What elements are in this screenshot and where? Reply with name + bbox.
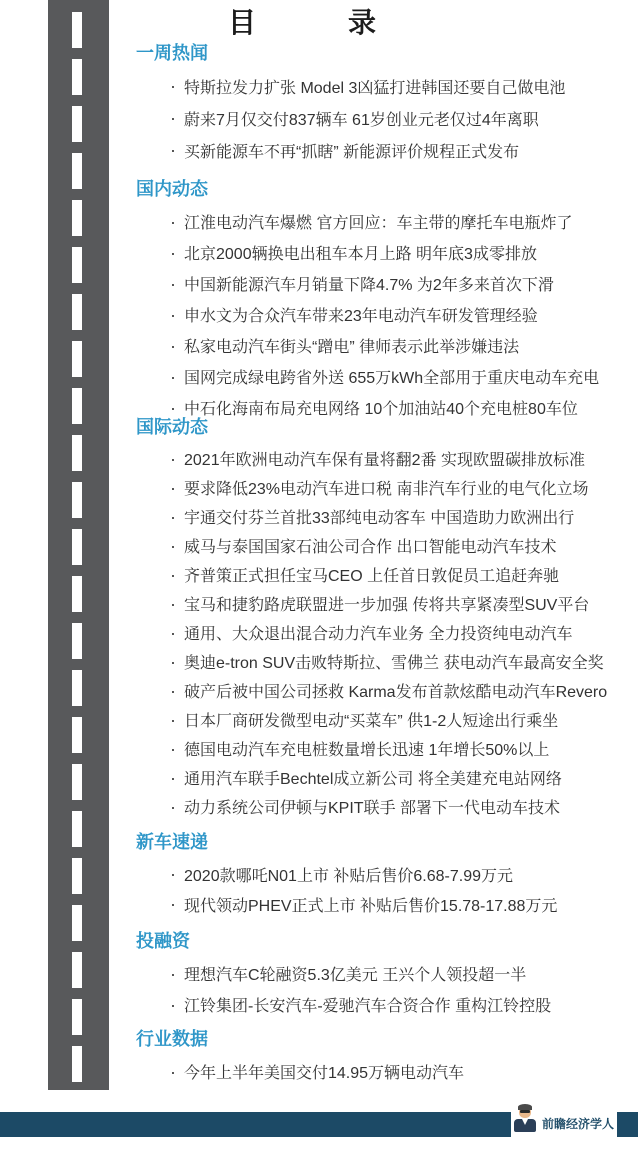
section-industry-data: 行业数据·今年上半年美国交付14.95万辆电动汽车 (136, 1028, 636, 1087)
bullet-icon: · (170, 711, 184, 729)
brand-person-avatar-icon (514, 1106, 536, 1136)
toc-item: ·奥迪e-tron SUV击败特斯拉、雪佛兰 获电动汽车最高安全奖 (136, 647, 636, 676)
bullet-icon: · (170, 996, 184, 1014)
toc-item-text: 通用汽车联手Bechtel成立新公司 将全美建充电站网络 (184, 766, 562, 789)
toc-item: ·现代领动PHEV正式上市 补贴后售价15.78-17.88万元 (136, 889, 636, 919)
bullet-icon: · (170, 769, 184, 787)
section-investment-financing: 投融资·理想汽车C轮融资5.3亿美元 王兴个人领投超一半·江铃集团-长安汽车-爱… (136, 930, 636, 1020)
toc-item: ·宇通交付芬兰首批33部纯电动客车 中国造助力欧洲出行 (136, 502, 636, 531)
bullet-icon: · (170, 682, 184, 700)
toc-item-text: 理想汽车C轮融资5.3亿美元 王兴个人领投超一半 (184, 962, 526, 985)
section-items-international-news: ·2021年欧洲电动汽车保有量将翻2番 实现欧盟碳排放标准·要求降低23%电动汽… (136, 444, 636, 821)
toc-item-text: 今年上半年美国交付14.95万辆电动汽车 (184, 1060, 464, 1083)
bullet-icon: · (170, 306, 184, 324)
section-items-industry-data: ·今年上半年美国交付14.95万辆电动汽车 (136, 1056, 636, 1087)
toc-item: ·威马与泰国国家石油公司合作 出口智能电动汽车技术 (136, 531, 636, 560)
toc-item-text: 江淮电动汽车爆燃 官方回应：车主带的摩托车电瓶炸了 (184, 210, 572, 233)
page-title-char-1: 目 (228, 7, 256, 39)
toc-item-text: 申水文为合众汽车带来23年电动汽车研发管理经验 (184, 303, 538, 326)
bullet-icon: · (170, 244, 184, 262)
toc-item: ·私家电动汽车街头“蹭电” 律师表示此举涉嫌违法 (136, 330, 636, 361)
toc-item-text: 私家电动汽车街头“蹭电” 律师表示此举涉嫌违法 (184, 334, 519, 357)
toc-item: ·国网完成绿电跨省外送 655万kWh全部用于重庆电动车充电 (136, 361, 636, 392)
avatar-head (519, 1106, 531, 1118)
road-lane-markings-icon (72, 12, 82, 1084)
toc-item-text: 德国电动汽车充电桩数量增长迅速 1年增长50%以上 (184, 737, 549, 760)
bullet-icon: · (170, 213, 184, 231)
toc-item-text: 现代领动PHEV正式上市 补贴后售价15.78-17.88万元 (184, 893, 557, 916)
bullet-icon: · (170, 653, 184, 671)
toc-item: ·通用汽车联手Bechtel成立新公司 将全美建充电站网络 (136, 763, 636, 792)
toc-item: ·今年上半年美国交付14.95万辆电动汽车 (136, 1056, 636, 1087)
section-items-new-car-express: ·2020款哪吒N01上市 补贴后售价6.68-7.99万元·现代领动PHEV正… (136, 859, 636, 919)
footer-bar-right (617, 1112, 638, 1137)
toc-item-text: 国网完成绿电跨省外送 655万kWh全部用于重庆电动车充电 (184, 365, 599, 388)
toc-item: ·要求降低23%电动汽车进口税 南非汽车行业的电气化立场 (136, 473, 636, 502)
bullet-icon: · (170, 798, 184, 816)
bullet-icon: · (170, 275, 184, 293)
bullet-icon: · (170, 1063, 184, 1081)
toc-item-text: 中国新能源汽车月销量下降4.7% 为2年多来首次下滑 (184, 272, 554, 295)
bullet-icon: · (170, 109, 184, 127)
section-weekly-news: 一周热闻·特斯拉发力扩张 Model 3凶猛打进韩国还要自己做电池·蔚来7月仅交… (136, 42, 636, 166)
toc-item: ·2021年欧洲电动汽车保有量将翻2番 实现欧盟碳排放标准 (136, 444, 636, 473)
section-heading-industry-data: 行业数据 (136, 1028, 636, 1050)
bullet-icon: · (170, 965, 184, 983)
toc-item: ·宝马和捷豹路虎联盟进一步加强 传将共享紧凑型SUV平台 (136, 589, 636, 618)
bullet-icon: · (170, 508, 184, 526)
page-title-char-2: 录 (348, 7, 376, 39)
bullet-icon: · (170, 624, 184, 642)
toc-item-text: 日本厂商研发微型电动“买菜车” 供1-2人短途出行乘坐 (184, 708, 558, 731)
bullet-icon: · (170, 740, 184, 758)
toc-item: ·2020款哪吒N01上市 补贴后售价6.68-7.99万元 (136, 859, 636, 889)
toc-item-text: 要求降低23%电动汽车进口税 南非汽车行业的电气化立场 (184, 476, 588, 499)
section-heading-investment-financing: 投融资 (136, 930, 636, 952)
toc-item-text: 动力系统公司伊顿与KPIT联手 部署下一代电动车技术 (184, 795, 560, 818)
toc-item: ·北京2000辆换电出租车本月上路 明年底3成零排放 (136, 237, 636, 268)
toc-item: ·申水文为合众汽车带来23年电动汽车研发管理经验 (136, 299, 636, 330)
footer-bar-left (0, 1112, 511, 1137)
toc-item-text: 买新能源车不再“抓瞎” 新能源评价规程正式发布 (184, 139, 519, 162)
bullet-icon: · (170, 450, 184, 468)
section-heading-domestic-news: 国内动态 (136, 178, 636, 200)
bullet-icon: · (170, 865, 184, 883)
toc-item-text: 齐普策正式担任宝马CEO 上任首日敦促员工追赶奔驰 (184, 563, 559, 586)
bullet-icon: · (170, 566, 184, 584)
section-international-news: 国际动态·2021年欧洲电动汽车保有量将翻2番 实现欧盟碳排放标准·要求降低23… (136, 416, 636, 821)
section-new-car-express: 新车速递·2020款哪吒N01上市 补贴后售价6.68-7.99万元·现代领动P… (136, 831, 636, 919)
section-heading-weekly-news: 一周热闻 (136, 42, 636, 64)
toc-item: ·德国电动汽车充电桩数量增长迅速 1年增长50%以上 (136, 734, 636, 763)
toc-item: ·特斯拉发力扩张 Model 3凶猛打进韩国还要自己做电池 (136, 70, 636, 102)
toc-item: ·日本厂商研发微型电动“买菜车” 供1-2人短途出行乘坐 (136, 705, 636, 734)
toc-item-text: 威马与泰国国家石油公司合作 出口智能电动汽车技术 (184, 534, 556, 557)
toc-item: ·江铃集团-长安汽车-爱驰汽车合资合作 重构江铃控股 (136, 989, 636, 1020)
section-items-weekly-news: ·特斯拉发力扩张 Model 3凶猛打进韩国还要自己做电池·蔚来7月仅交付837… (136, 70, 636, 166)
avatar-body (514, 1119, 536, 1132)
section-domestic-news: 国内动态·江淮电动汽车爆燃 官方回应：车主带的摩托车电瓶炸了·北京2000辆换电… (136, 178, 636, 423)
bullet-icon: · (170, 595, 184, 613)
toc-item: ·蔚来7月仅交付837辆车 61岁创业元老仅过4年离职 (136, 102, 636, 134)
toc-item-text: 宝马和捷豹路虎联盟进一步加强 传将共享紧凑型SUV平台 (184, 592, 589, 615)
toc-item: ·齐普策正式担任宝马CEO 上任首日敦促员工追赶奔驰 (136, 560, 636, 589)
bullet-icon: · (170, 141, 184, 159)
toc-item-text: 破产后被中国公司拯救 Karma发布首款炫酷电动汽车Revero (184, 679, 607, 702)
toc-item-text: 北京2000辆换电出租车本月上路 明年底3成零排放 (184, 241, 537, 264)
section-heading-new-car-express: 新车速递 (136, 831, 636, 853)
toc-item: ·理想汽车C轮融资5.3亿美元 王兴个人领投超一半 (136, 958, 636, 989)
bullet-icon: · (170, 399, 184, 417)
toc-item-text: 宇通交付芬兰首批33部纯电动客车 中国造助力欧洲出行 (184, 505, 574, 528)
page-title: 目 录 (228, 7, 376, 39)
toc-item: ·中国新能源汽车月销量下降4.7% 为2年多来首次下滑 (136, 268, 636, 299)
toc-item: ·江淮电动汽车爆燃 官方回应：车主带的摩托车电瓶炸了 (136, 206, 636, 237)
bullet-icon: · (170, 77, 184, 95)
section-heading-international-news: 国际动态 (136, 416, 636, 438)
bullet-icon: · (170, 895, 184, 913)
section-items-investment-financing: ·理想汽车C轮融资5.3亿美元 王兴个人领投超一半·江铃集团-长安汽车-爱驰汽车… (136, 958, 636, 1020)
bullet-icon: · (170, 537, 184, 555)
bullet-icon: · (170, 368, 184, 386)
toc-item-text: 通用、大众退出混合动力汽车业务 全力投资纯电动汽车 (184, 621, 572, 644)
toc-item-text: 2020款哪吒N01上市 补贴后售价6.68-7.99万元 (184, 863, 513, 886)
toc-page: 目 录 一周热闻·特斯拉发力扩张 Model 3凶猛打进韩国还要自己做电池·蔚来… (0, 0, 640, 1168)
toc-item: ·通用、大众退出混合动力汽车业务 全力投资纯电动汽车 (136, 618, 636, 647)
toc-item: ·动力系统公司伊顿与KPIT联手 部署下一代电动车技术 (136, 792, 636, 821)
toc-item-text: 蔚来7月仅交付837辆车 61岁创业元老仅过4年离职 (184, 107, 539, 130)
toc-item-text: 特斯拉发力扩张 Model 3凶猛打进韩国还要自己做电池 (184, 75, 565, 98)
bullet-icon: · (170, 337, 184, 355)
toc-item-text: 2021年欧洲电动汽车保有量将翻2番 实现欧盟碳排放标准 (184, 447, 585, 470)
toc-item-text: 江铃集团-长安汽车-爱驰汽车合资合作 重构江铃控股 (184, 993, 551, 1016)
toc-item: ·买新能源车不再“抓瞎” 新能源评价规程正式发布 (136, 134, 636, 166)
brand-name: 前瞻经济学人 (542, 1112, 614, 1137)
section-items-domestic-news: ·江淮电动汽车爆燃 官方回应：车主带的摩托车电瓶炸了·北京2000辆换电出租车本… (136, 206, 636, 423)
road-graphic (48, 0, 109, 1090)
toc-item: ·破产后被中国公司拯救 Karma发布首款炫酷电动汽车Revero (136, 676, 636, 705)
toc-item-text: 奥迪e-tron SUV击败特斯拉、雪佛兰 获电动汽车最高安全奖 (184, 650, 604, 673)
bullet-icon: · (170, 479, 184, 497)
